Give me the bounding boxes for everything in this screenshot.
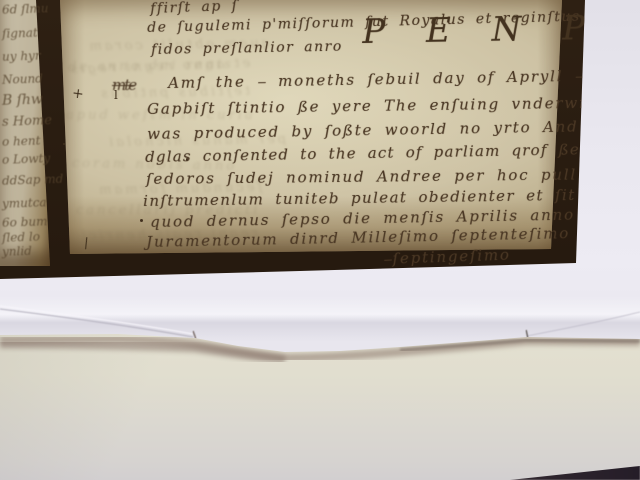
left-page-fragment: s Home [2,113,50,130]
left-page-fragment: B ſhw [2,91,51,109]
ink-speck [186,158,188,161]
left-page-fragment: o Lowty [2,151,50,167]
left-page-fragment: o hent [2,133,50,149]
left-page-fragment: ddSap md [2,172,50,188]
ink-speck [140,219,143,222]
manuscript-line: ſedoros ſudej nominud Andree per hoc pul… [146,165,639,188]
left-page-fragment: ymutca [2,195,50,211]
left-page-fragment: uy hyr [2,48,50,64]
manuscript-closing-line: ⎯ſeptingeſimo [383,246,511,268]
left-page-fragment: ynlid [2,243,50,259]
ink-mark: + [71,85,85,102]
display-letters: P E N P:. [362,7,640,52]
ink-mark: l [114,88,118,102]
left-page-fragment: 6d ſlmu [2,1,50,17]
left-page-fragment: 6o bum [2,214,50,230]
manuscript-line: fidos preſlanlior anro [151,39,343,58]
photograph-of-printed-manuscript: 6d ſlmu ſignat uy hyr Nound B ſhw s Home… [0,0,640,480]
left-page-fragment: Nound [2,71,50,87]
ink-speck [63,143,65,145]
left-page-fragment: ſignat [2,25,50,41]
